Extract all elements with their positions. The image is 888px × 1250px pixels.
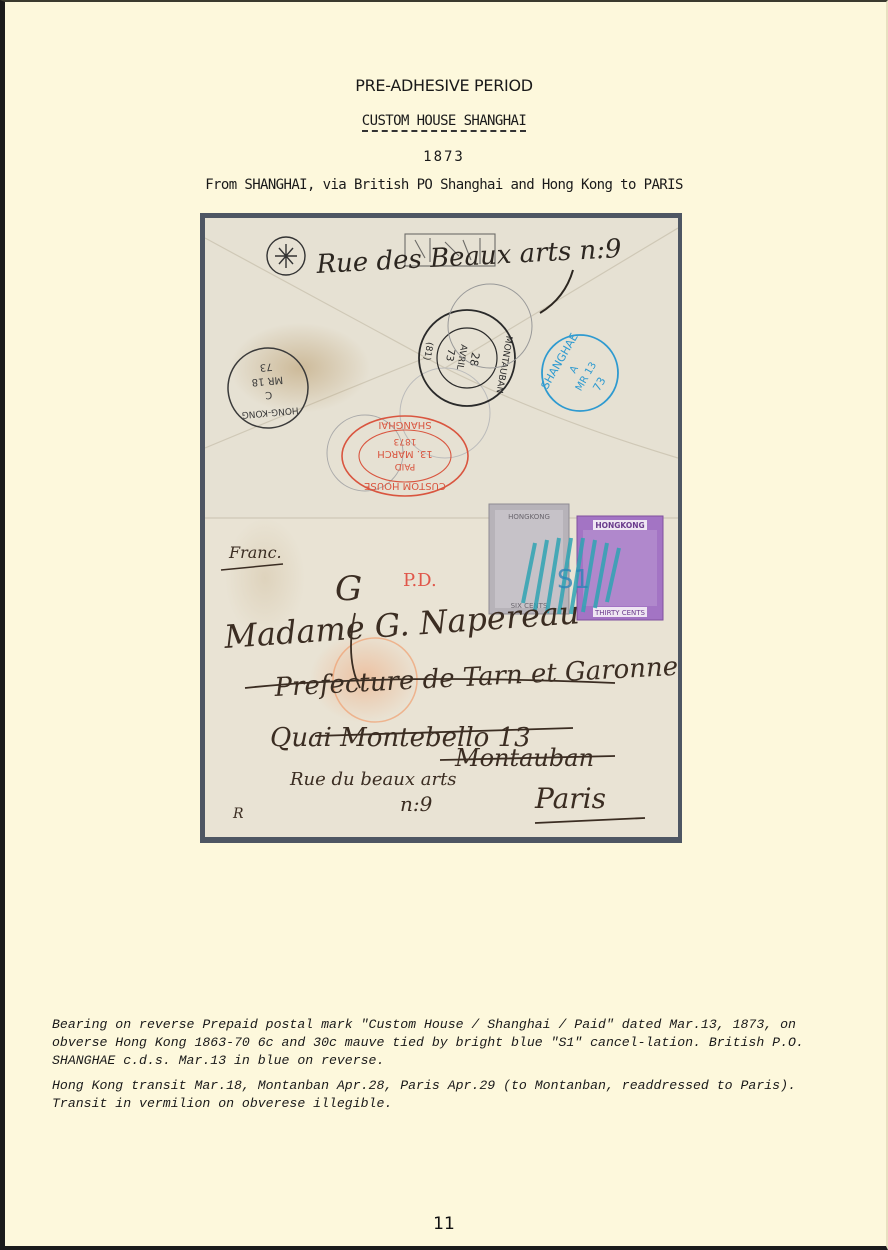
svg-text:Rue du beaux arts: Rue du beaux arts bbox=[289, 769, 457, 790]
svg-text:S1: S1 bbox=[557, 565, 590, 595]
svg-text:13. MARCH: 13. MARCH bbox=[377, 448, 433, 459]
svg-text:73: 73 bbox=[259, 361, 273, 373]
description-paragraph-1: Bearing on reverse Prepaid postal mark "… bbox=[52, 1016, 842, 1070]
year: 1873 bbox=[0, 149, 888, 165]
svg-text:HONGKONG: HONGKONG bbox=[595, 521, 644, 530]
section-subtitle: CUSTOM HOUSE SHANGHAI bbox=[0, 113, 888, 132]
svg-text:SHANGHAI: SHANGHAI bbox=[378, 419, 431, 430]
svg-text:73: 73 bbox=[443, 348, 456, 362]
svg-text:CUSTOM HOUSE: CUSTOM HOUSE bbox=[364, 480, 446, 491]
subtitle-text: CUSTOM HOUSE SHANGHAI bbox=[362, 113, 526, 132]
cover-image: Rue des Beaux arts n:9 C MR 18 73 HONG-K… bbox=[200, 213, 682, 843]
svg-text:R: R bbox=[232, 806, 244, 822]
postal-cover-illustration: Rue des Beaux arts n:9 C MR 18 73 HONG-K… bbox=[205, 218, 678, 837]
svg-text:G: G bbox=[335, 569, 362, 609]
description-paragraph-2: Hong Kong transit Mar.18, Montanban Apr.… bbox=[52, 1077, 842, 1113]
franc-mark: Franc. bbox=[228, 543, 282, 562]
svg-text:Paris: Paris bbox=[534, 782, 606, 815]
svg-text:HONGKONG: HONGKONG bbox=[508, 513, 550, 521]
svg-text:n:9: n:9 bbox=[400, 792, 433, 816]
page-title: PRE-ADHESIVE PERIOD bbox=[0, 76, 888, 95]
page-number: 11 bbox=[0, 1214, 888, 1234]
svg-text:PAID: PAID bbox=[395, 461, 416, 471]
svg-text:THIRTY CENTS: THIRTY CENTS bbox=[594, 609, 646, 617]
svg-text:C: C bbox=[265, 389, 273, 401]
route-description: From SHANGHAI, via British PO Shanghai a… bbox=[0, 177, 888, 193]
svg-text:1873: 1873 bbox=[394, 436, 417, 446]
pd-mark: P.D. bbox=[403, 570, 437, 591]
